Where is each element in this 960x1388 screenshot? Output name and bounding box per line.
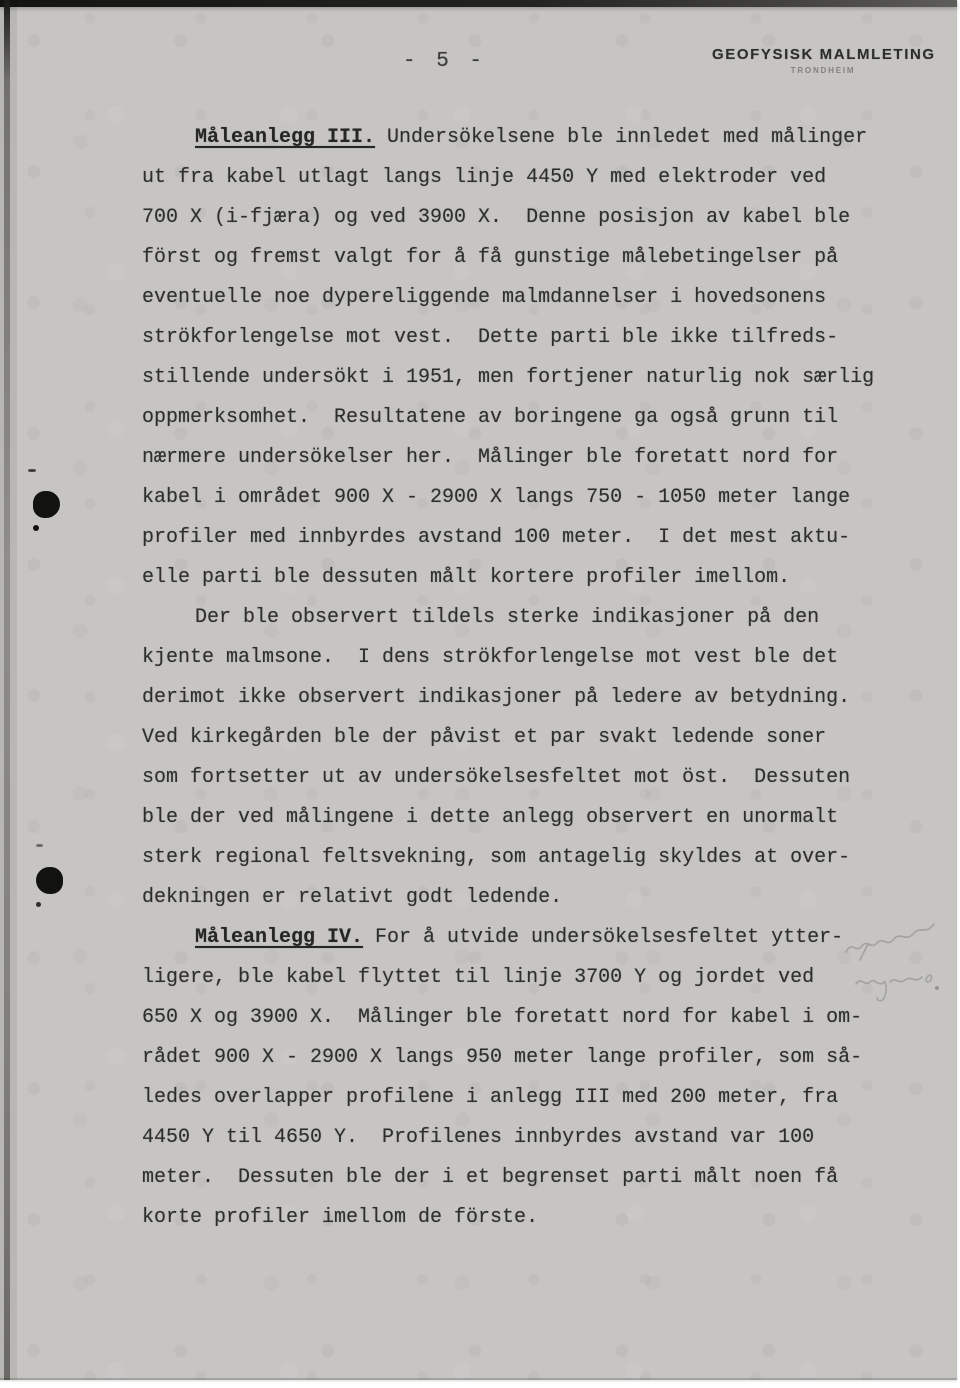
text-line: ligere, ble kabel flyttet til linje 3700… bbox=[142, 958, 882, 998]
text-line: rådet 900 X - 2900 X langs 950 meter lan… bbox=[142, 1038, 882, 1078]
text-line: derimot ikke observert indikasjoner på l… bbox=[142, 678, 882, 718]
ink-speck bbox=[36, 902, 41, 907]
paragraph-first-line: Der ble observert tildels sterke indikas… bbox=[142, 598, 882, 638]
text-line: ble der ved målingene i dette anlegg obs… bbox=[142, 798, 882, 838]
paragraph-maleanlegg-iii: Måleanlegg III. Undersökelsene ble innle… bbox=[142, 118, 882, 598]
document-body: Måleanlegg III. Undersökelsene ble innle… bbox=[142, 118, 882, 1238]
first-line-text: For å utvide undersökelsesfeltet ytter- bbox=[363, 926, 843, 949]
text-line: 4450 Y til 4650 Y. Profilenes innbyrdes … bbox=[142, 1118, 882, 1158]
ink-speck bbox=[33, 525, 39, 531]
ink-speck bbox=[28, 469, 36, 472]
handwritten-annotation bbox=[838, 918, 960, 1014]
text-line: korte profiler imellom de förste. bbox=[142, 1198, 882, 1238]
ink-blot bbox=[33, 491, 60, 518]
letterhead: GEOFYSISK MALMLETING TRONDHEIM bbox=[712, 46, 934, 75]
paragraph-first-line: Måleanlegg III. Undersökelsene ble innle… bbox=[142, 118, 882, 158]
scan-edge-left-line bbox=[4, 0, 10, 1380]
page-number: - 5 - bbox=[403, 50, 486, 73]
text-line: sterk regional feltsvekning, som antagel… bbox=[142, 838, 882, 878]
scan-edge-bottom bbox=[0, 1378, 957, 1380]
text-line: ut fra kabel utlagt langs linje 4450 Y m… bbox=[142, 158, 882, 198]
text-line: kabel i området 900 X - 2900 X langs 750… bbox=[142, 478, 882, 518]
ink-speck bbox=[36, 844, 43, 847]
letterhead-organization: GEOFYSISK MALMLETING bbox=[712, 46, 934, 63]
letterhead-city: TRONDHEIM bbox=[712, 66, 934, 75]
text-line: kjente malmsone. I dens strökforlengelse… bbox=[142, 638, 882, 678]
text-line: 650 X og 3900 X. Målinger ble foretatt n… bbox=[142, 998, 882, 1038]
paragraph-maleanlegg-iv: Måleanlegg IV. For å utvide undersökelse… bbox=[142, 918, 882, 1238]
first-line-text: Undersökelsene ble innledet med målinger bbox=[375, 126, 867, 149]
section-heading: Måleanlegg III. bbox=[195, 126, 375, 149]
first-line-text: Der ble observert tildels sterke indikas… bbox=[195, 606, 819, 629]
text-line: strökforlengelse mot vest. Dette parti b… bbox=[142, 318, 882, 358]
ink-blot bbox=[36, 867, 63, 894]
text-line: meter. Dessuten ble der i et begrenset p… bbox=[142, 1158, 882, 1198]
text-line: eventuelle noe dypereliggende malmdannel… bbox=[142, 278, 882, 318]
paragraph-first-line: Måleanlegg IV. For å utvide undersökelse… bbox=[142, 918, 882, 958]
text-line: dekningen er relativt godt ledende. bbox=[142, 878, 882, 918]
text-line: elle parti ble dessuten målt kortere pro… bbox=[142, 558, 882, 598]
section-heading: Måleanlegg IV. bbox=[195, 926, 363, 949]
text-line: Ved kirkegården ble der påvist et par sv… bbox=[142, 718, 882, 758]
paragraph-observations: Der ble observert tildels sterke indikas… bbox=[142, 598, 882, 918]
text-line: stillende undersökt i 1951, men fortjene… bbox=[142, 358, 882, 398]
text-line: 700 X (i-fjæra) og ved 3900 X. Denne pos… bbox=[142, 198, 882, 238]
text-line: oppmerksomhet. Resultatene av boringene … bbox=[142, 398, 882, 438]
text-line: som fortsetter ut av undersökelsesfeltet… bbox=[142, 758, 882, 798]
text-line: först og fremst valgt for å få gunstige … bbox=[142, 238, 882, 278]
text-line: nærmere undersökelser her. Målinger ble … bbox=[142, 438, 882, 478]
text-line: profiler med innbyrdes avstand 100 meter… bbox=[142, 518, 882, 558]
paper-sheet: - 5 - GEOFYSISK MALMLETING TRONDHEIM Mål… bbox=[0, 0, 957, 1380]
text-line: ledes overlapper profilene i anlegg III … bbox=[142, 1078, 882, 1118]
scan-edge-top bbox=[0, 0, 957, 7]
scanned-document-page: - 5 - GEOFYSISK MALMLETING TRONDHEIM Mål… bbox=[0, 0, 960, 1388]
